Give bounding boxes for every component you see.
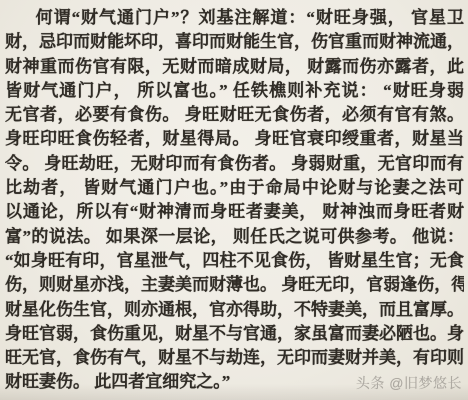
scanned-page: 何谓“财气通门户”？刘基注解道：“财旺身强， 官星卫 财，忌印而财能坏印，喜印而… bbox=[0, 0, 468, 400]
text-line-4: 皆财气通门户， 所以富也。” 任铁樵则补充说： “财旺身弱 bbox=[5, 79, 464, 103]
watermark-label: 头条 @旧梦悠长 bbox=[356, 375, 462, 391]
text-line-9: 以通论，所以有“财神清而身旺者妻美， 财神浊而身旺者财 bbox=[5, 200, 464, 224]
text-line-1: 何谓“财气通门户”？刘基注解道：“财旺身强， 官星卫 bbox=[5, 6, 464, 30]
text-line-13: 财星化伤生官，则亦通根，官亦得助，不特妻美，而且富厚。 bbox=[5, 298, 464, 322]
text-line-15: 旺无官，食伤有气，财星不与劫连，无印而妻财并美，有印则 bbox=[5, 346, 464, 370]
body-text: 何谓“财气通门户”？刘基注解道：“财旺身强， 官星卫 财，忌印而财能坏印，喜印而… bbox=[5, 6, 464, 395]
text-line-5: 无官者，必要有食伤。 身旺财旺无食伤者，必须有官有煞。 bbox=[5, 103, 464, 127]
text-line-11: “如身旺有印，官星泄气，四柱不见食伤， 皆财星生官；无食 bbox=[5, 249, 464, 273]
text-line-8: 比劫者， 皆财气通门户也。”由于命局中论财与论妻之法可 bbox=[5, 176, 464, 200]
text-line-7: 令。 身旺劫旺，无财印而有食伤者。 身弱财重，无官印而有 bbox=[5, 152, 464, 176]
text-line-12: 伤，则财星亦浅，主妻美而财薄也。 身旺无印，官弱逢伤，得 bbox=[5, 273, 464, 297]
watermark: 头条 @旧梦悠长 bbox=[356, 373, 462, 393]
text-line-3: 财神重而伤官有限，无财而暗成财局， 财露而伤亦露者，此 bbox=[5, 55, 464, 79]
text-line-6: 身旺印旺食伤轻者，财星得局。 身旺官衰印绶重者，财星当 bbox=[5, 127, 464, 151]
text-line-10: 富”的说法。 如果深一层论， 则任氏之说可供参考。 他说： bbox=[5, 225, 464, 249]
text-line-14: 身旺官弱，食伤重见，财星不与官通，家虽富而妻必陋也。身 bbox=[5, 322, 464, 346]
text-line-2: 财，忌印而财能坏印，喜印而财能生官，伤官重而财神流通， bbox=[5, 30, 464, 54]
